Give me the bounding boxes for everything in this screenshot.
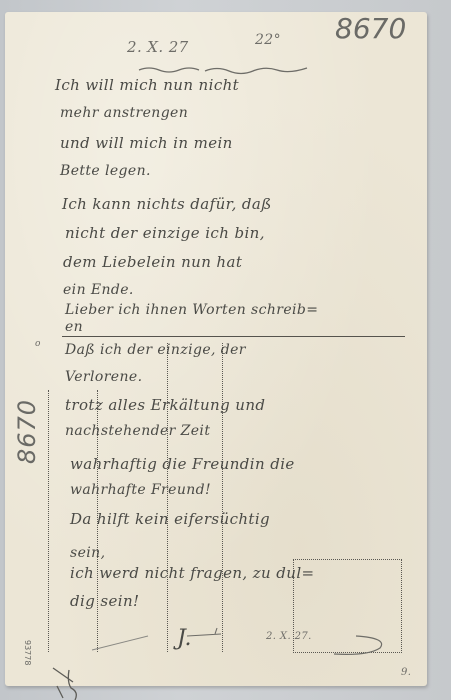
message-line: trotz alles Erkältung und	[65, 396, 265, 414]
margin-small-mark: o	[35, 339, 41, 349]
address-line	[222, 343, 223, 652]
message-line: ich werd nicht fragen, zu dul=	[70, 564, 315, 582]
message-line: Daß ich der einzige, der	[65, 342, 246, 358]
rotated-catalog-number: 8670	[13, 399, 41, 464]
message-line: Lieber ich ihnen Worten schreib=	[65, 302, 318, 318]
message-line: dem Liebelein nun hat	[63, 253, 242, 271]
pencil-swoosh-icon	[328, 632, 388, 658]
message-line: und will mich in mein	[60, 134, 233, 152]
date-underline-icon	[137, 64, 312, 76]
message-line: Bette legen.	[60, 163, 151, 179]
message-line: mehr anstrengen	[60, 105, 188, 121]
postcard: 2. X. 27 22° 8670 Ich will mich nun nich…	[5, 12, 427, 686]
catalog-number: 8670	[335, 12, 406, 45]
message-line: sein,	[70, 545, 105, 561]
message-line: dig sein!	[70, 592, 139, 610]
message-line: wahrhaftig die Freundin die	[70, 455, 295, 473]
pencil-mark-icon	[45, 652, 95, 700]
message-line: Ich kann nichts dafür, daß	[62, 195, 272, 213]
date-text: 2. X. 27	[127, 38, 189, 56]
message-line: nicht der einzige ich bin,	[65, 224, 265, 242]
address-divider	[62, 336, 405, 337]
message-line: Ich will mich nun nicht	[55, 76, 239, 94]
message-line: ein Ende.	[63, 282, 134, 298]
printer-number: 93778	[23, 640, 32, 665]
message-line: nachstehender Zeit	[65, 423, 210, 439]
signature-flourish-icon	[185, 626, 225, 640]
message-line: en	[65, 319, 83, 335]
pencil-diagonal-icon	[90, 630, 150, 652]
stamp-area-date: 2. X. 27.	[266, 631, 312, 642]
address-line	[48, 390, 49, 652]
message-line: wahrhafte Freund!	[70, 482, 211, 498]
corner-mark: 9.	[401, 667, 411, 678]
message-line: Da hilft kein eifersüchtig	[70, 510, 270, 528]
temperature-text: 22°	[255, 32, 281, 48]
message-line: Verlorene.	[65, 369, 142, 385]
